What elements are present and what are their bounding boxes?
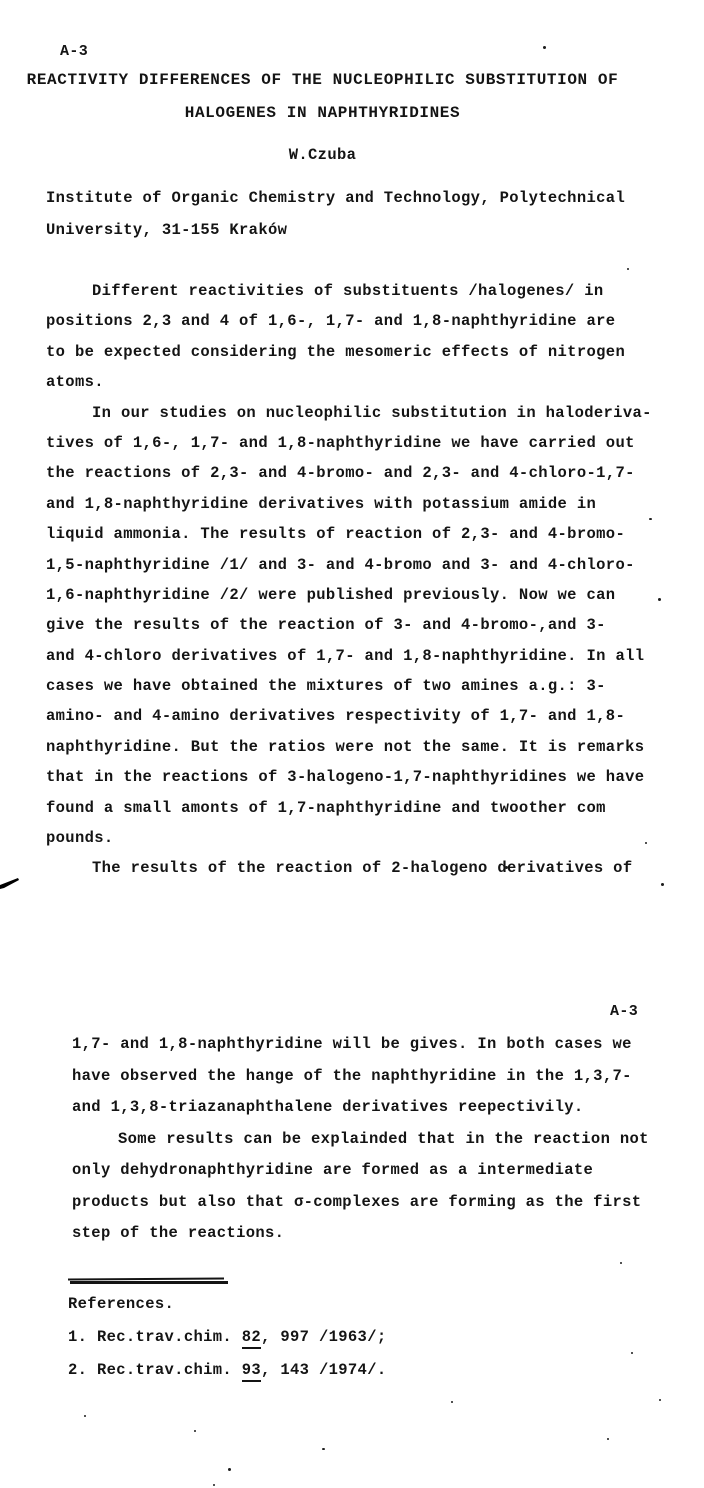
text-line: amino- and 4-amino derivatives respectiv… xyxy=(46,709,652,739)
text-line: 1,5-naphthyridine /1/ and 3- and 4-bromo… xyxy=(46,558,652,588)
hand-drawn-rule xyxy=(68,1278,226,1284)
text-line: 1,6-naphthyridine /2/ were published pre… xyxy=(46,588,652,618)
text-line: give the results of the reaction of 3- a… xyxy=(46,618,652,648)
scan-speck xyxy=(627,268,629,270)
text-line: In our studies on nucleophilic substitut… xyxy=(46,406,652,436)
body-text-page1: Different reactivities of substituents /… xyxy=(46,284,652,892)
scan-speck xyxy=(213,1484,215,1486)
text-line: products but also that σ-complexes are f… xyxy=(72,1195,649,1227)
scan-speck xyxy=(228,1468,231,1471)
text-line: tives of 1,6-, 1,7- and 1,8-naphthyridin… xyxy=(46,436,652,466)
reference-suffix: , 143 /1974/. xyxy=(261,1361,386,1379)
scan-speck xyxy=(631,1352,633,1354)
scanned-abstract-page: A-3 REACTIVITY DIFFERENCES OF THE NUCLEO… xyxy=(0,0,704,1488)
reference-prefix: 2. Rec.trav.chim. xyxy=(68,1361,242,1379)
paper-title-line1: REACTIVITY DIFFERENCES OF THE NUCLEOPHIL… xyxy=(0,72,645,88)
text-line: cases we have obtained the mixtures of t… xyxy=(46,679,652,709)
scan-speck xyxy=(659,1399,661,1401)
affiliation-line: University, 31-155 Kraków xyxy=(46,223,625,255)
text-line: have observed the hange of the naphthyri… xyxy=(72,1069,649,1101)
scan-speck xyxy=(661,883,664,886)
author-name: W.Czuba xyxy=(289,146,357,164)
text-line: 1,7- and 1,8-naphthyridine will be gives… xyxy=(72,1037,649,1069)
reference-volume: 82 xyxy=(242,1328,261,1349)
scan-speck xyxy=(620,1262,622,1264)
reference-volume: 93 xyxy=(242,1361,261,1382)
text-line: and 1,8-naphthyridine derivatives with p… xyxy=(46,497,652,527)
text-line: only dehydronaphthyridine are formed as … xyxy=(72,1163,649,1195)
page-code-top: A-3 xyxy=(60,44,88,59)
body-text-page2: 1,7- and 1,8-naphthyridine will be gives… xyxy=(72,1037,649,1258)
paper-title-line2: HALOGENES IN NAPHTHYRIDINES xyxy=(0,105,645,121)
scan-speck xyxy=(645,842,647,844)
scan-speck xyxy=(649,518,652,520)
text-line: Different reactivities of substituents /… xyxy=(46,284,652,314)
reference-item: 2. Rec.trav.chim. 93, 143 /1974/. xyxy=(68,1363,387,1396)
scan-speck xyxy=(322,1448,325,1450)
scan-speck xyxy=(451,1401,453,1403)
scan-speck xyxy=(194,1430,196,1432)
text-line: and 1,3,8-triazanaphthalene derivatives … xyxy=(72,1100,649,1132)
references-list: 1. Rec.trav.chim. 82, 997 /1963/; 2. Rec… xyxy=(68,1330,387,1396)
text-line: The results of the reaction of 2-halogen… xyxy=(46,861,652,891)
text-line: naphthyridine. But the ratios were not t… xyxy=(46,740,652,770)
text-line: found a small amonts of 1,7-naphthyridin… xyxy=(46,801,652,831)
text-line: and 4-chloro derivatives of 1,7- and 1,8… xyxy=(46,649,652,679)
pen-stroke-mark xyxy=(0,876,22,892)
text-line: Some results can be explainded that in t… xyxy=(72,1132,649,1164)
text-line: to be expected considering the mesomeric… xyxy=(46,345,652,375)
text-line: the reactions of 2,3- and 4-bromo- and 2… xyxy=(46,466,652,496)
scan-speck xyxy=(607,1438,609,1440)
references-heading: References. xyxy=(68,1297,174,1313)
title-block: REACTIVITY DIFFERENCES OF THE NUCLEOPHIL… xyxy=(0,72,645,121)
page-code-second: A-3 xyxy=(610,1004,638,1019)
reference-suffix: , 997 /1963/; xyxy=(261,1328,386,1346)
reference-prefix: 1. Rec.trav.chim. xyxy=(68,1328,242,1346)
affiliation-block: Institute of Organic Chemistry and Techn… xyxy=(46,191,625,255)
scan-speck xyxy=(84,1415,86,1417)
scan-speck xyxy=(543,46,546,49)
scan-speck xyxy=(505,866,508,869)
reference-item: 1. Rec.trav.chim. 82, 997 /1963/; xyxy=(68,1330,387,1363)
text-line: atoms. xyxy=(46,375,652,405)
text-line: step of the reactions. xyxy=(72,1226,649,1258)
text-line: positions 2,3 and 4 of 1,6-, 1,7- and 1,… xyxy=(46,314,652,344)
author-block: W.Czuba xyxy=(0,146,645,164)
text-line: that in the reactions of 3-halogeno-1,7-… xyxy=(46,770,652,800)
text-line: pounds. xyxy=(46,831,652,861)
affiliation-line: Institute of Organic Chemistry and Techn… xyxy=(46,191,625,223)
scan-speck xyxy=(658,598,661,601)
text-line: liquid ammonia. The results of reaction … xyxy=(46,527,652,557)
